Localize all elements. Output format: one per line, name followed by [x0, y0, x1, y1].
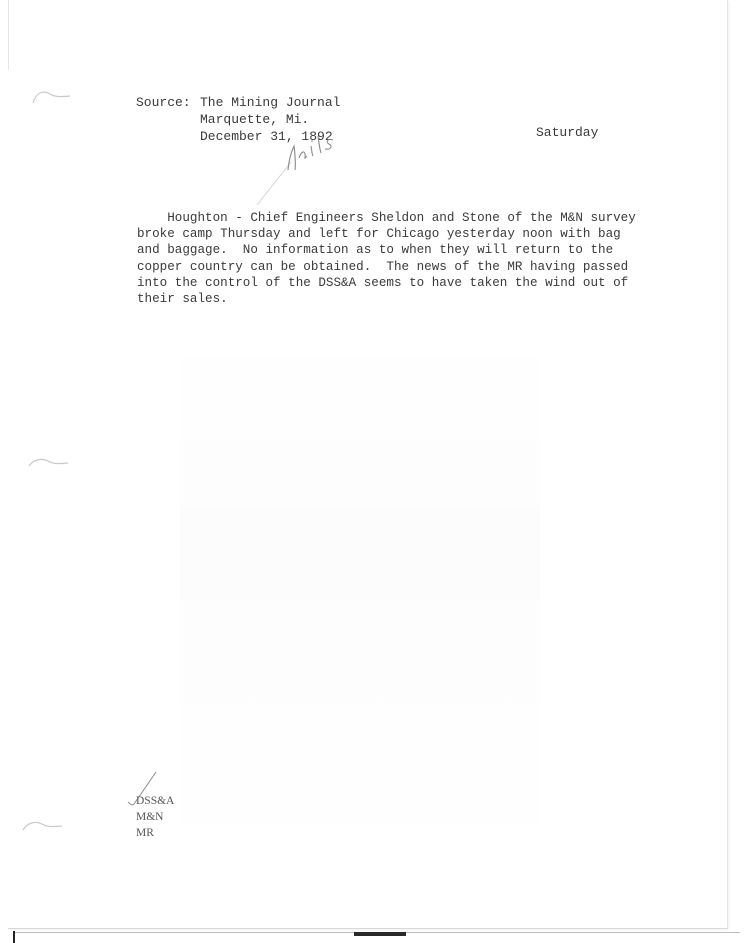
- body-line: their sales.: [137, 291, 627, 307]
- body-line: copper country can be obtained. The news…: [137, 259, 627, 275]
- index-tags: DSS&A M&N MR: [136, 793, 174, 841]
- source-location: Marquette, Mi.: [200, 111, 340, 128]
- document-page: [8, 0, 728, 929]
- tag-mr: MR: [136, 825, 174, 841]
- body-line: Houghton - Chief Engineers Sheldon and S…: [137, 210, 627, 226]
- scan-clip-mark: [354, 932, 406, 936]
- body-line: and baggage. No information as to when t…: [137, 242, 627, 258]
- tag-dssa: DSS&A: [136, 793, 174, 809]
- source-publication: The Mining Journal: [200, 94, 340, 111]
- punch-hole-mark-icon: [26, 452, 70, 472]
- punch-hole-mark-icon: [30, 86, 74, 106]
- punch-hole-mark-icon: [20, 815, 64, 835]
- scan-frame-corner: [13, 931, 15, 943]
- tag-mn: M&N: [136, 809, 174, 825]
- body-line: into the control of the DSS&A seems to h…: [137, 275, 627, 291]
- weekday: Saturday: [536, 124, 598, 141]
- page-left-edge: [8, 0, 9, 70]
- source-label: Source:: [136, 94, 191, 111]
- handwritten-note: [255, 132, 345, 207]
- article-body: Houghton - Chief Engineers Sheldon and S…: [137, 210, 627, 307]
- body-line: broke camp Thursday and left for Chicago…: [137, 226, 627, 242]
